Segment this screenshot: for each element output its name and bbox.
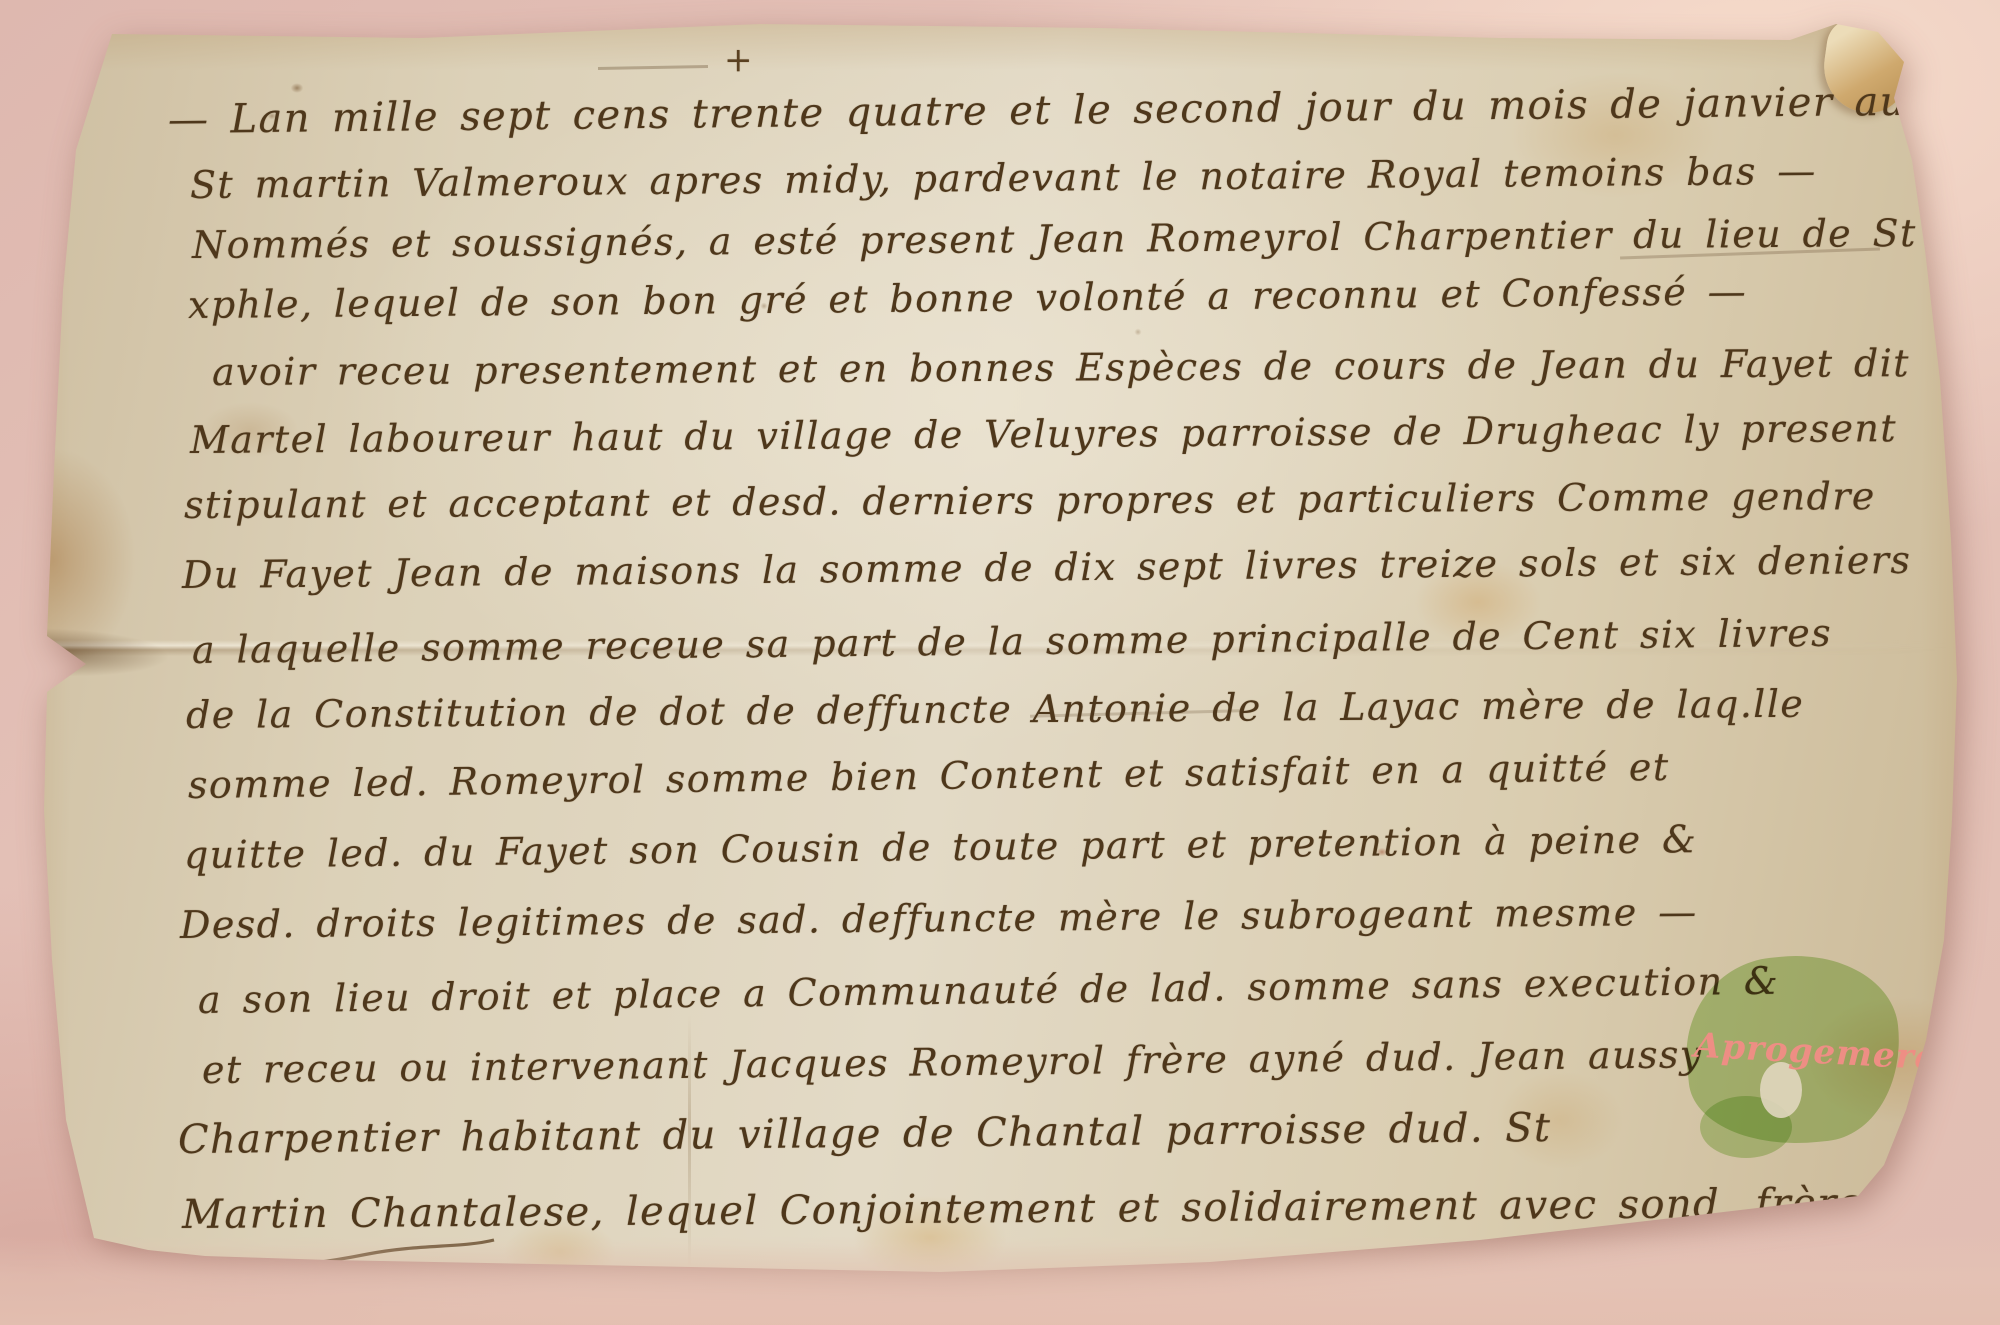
handwritten-line: St martin Valmeroux apres midy, pardevan…: [190, 149, 1817, 207]
left-edge-tear: [39, 628, 171, 681]
handwritten-line: avoir receu presentement et en bonnes Es…: [212, 341, 1910, 394]
manuscript-page: + — Lan mille sept cens trente quatre et…: [0, 0, 2000, 1325]
handwritten-line: Martel laboureur haut du village de Velu…: [190, 406, 1897, 462]
handwritten-line: Nommés et soussignés, a esté present Jea…: [192, 211, 1917, 267]
bottom-edge-fade: [0, 1236, 2000, 1325]
handwritten-line: Desd. droits legitimes de sad. deffuncte…: [180, 890, 1698, 947]
handwritten-line: et receu ou intervenant Jacques Romeyrol…: [202, 1032, 1703, 1092]
handwritten-line: somme led. Romeyrol somme bien Content e…: [188, 745, 1670, 807]
handwritten-line: de la Constitution de dot de deffuncte A…: [186, 682, 1805, 737]
handwritten-line: stipulant et acceptant et desd. derniers…: [184, 474, 1876, 527]
cross-mark: +: [724, 40, 753, 80]
photo-background: + — Lan mille sept cens trente quatre et…: [0, 0, 2000, 1325]
handwritten-line: Charpentier habitant du village de Chant…: [178, 1106, 1552, 1162]
handwritten-line: quitte led. du Fayet son Cousin de toute…: [184, 817, 1698, 877]
handwritten-line: Martin Chantalese, lequel Conjointement …: [182, 1181, 1863, 1237]
ink-smudge: [598, 65, 708, 70]
paper-shadow-wrap: + — Lan mille sept cens trente quatre et…: [0, 0, 2000, 1325]
handwritten-line: Du Fayet Jean de maisons la somme de dix…: [182, 538, 1912, 597]
handwritten-line: — Lan mille sept cens trente quatre et l…: [168, 78, 2000, 142]
handwritten-line: a laquelle somme receue sa part de la so…: [192, 611, 1832, 672]
handwritten-line: a son lieu droit et place a Communauté d…: [198, 959, 1780, 1022]
handwritten-line: xphle, lequel de son bon gré et bonne vo…: [188, 269, 1747, 327]
